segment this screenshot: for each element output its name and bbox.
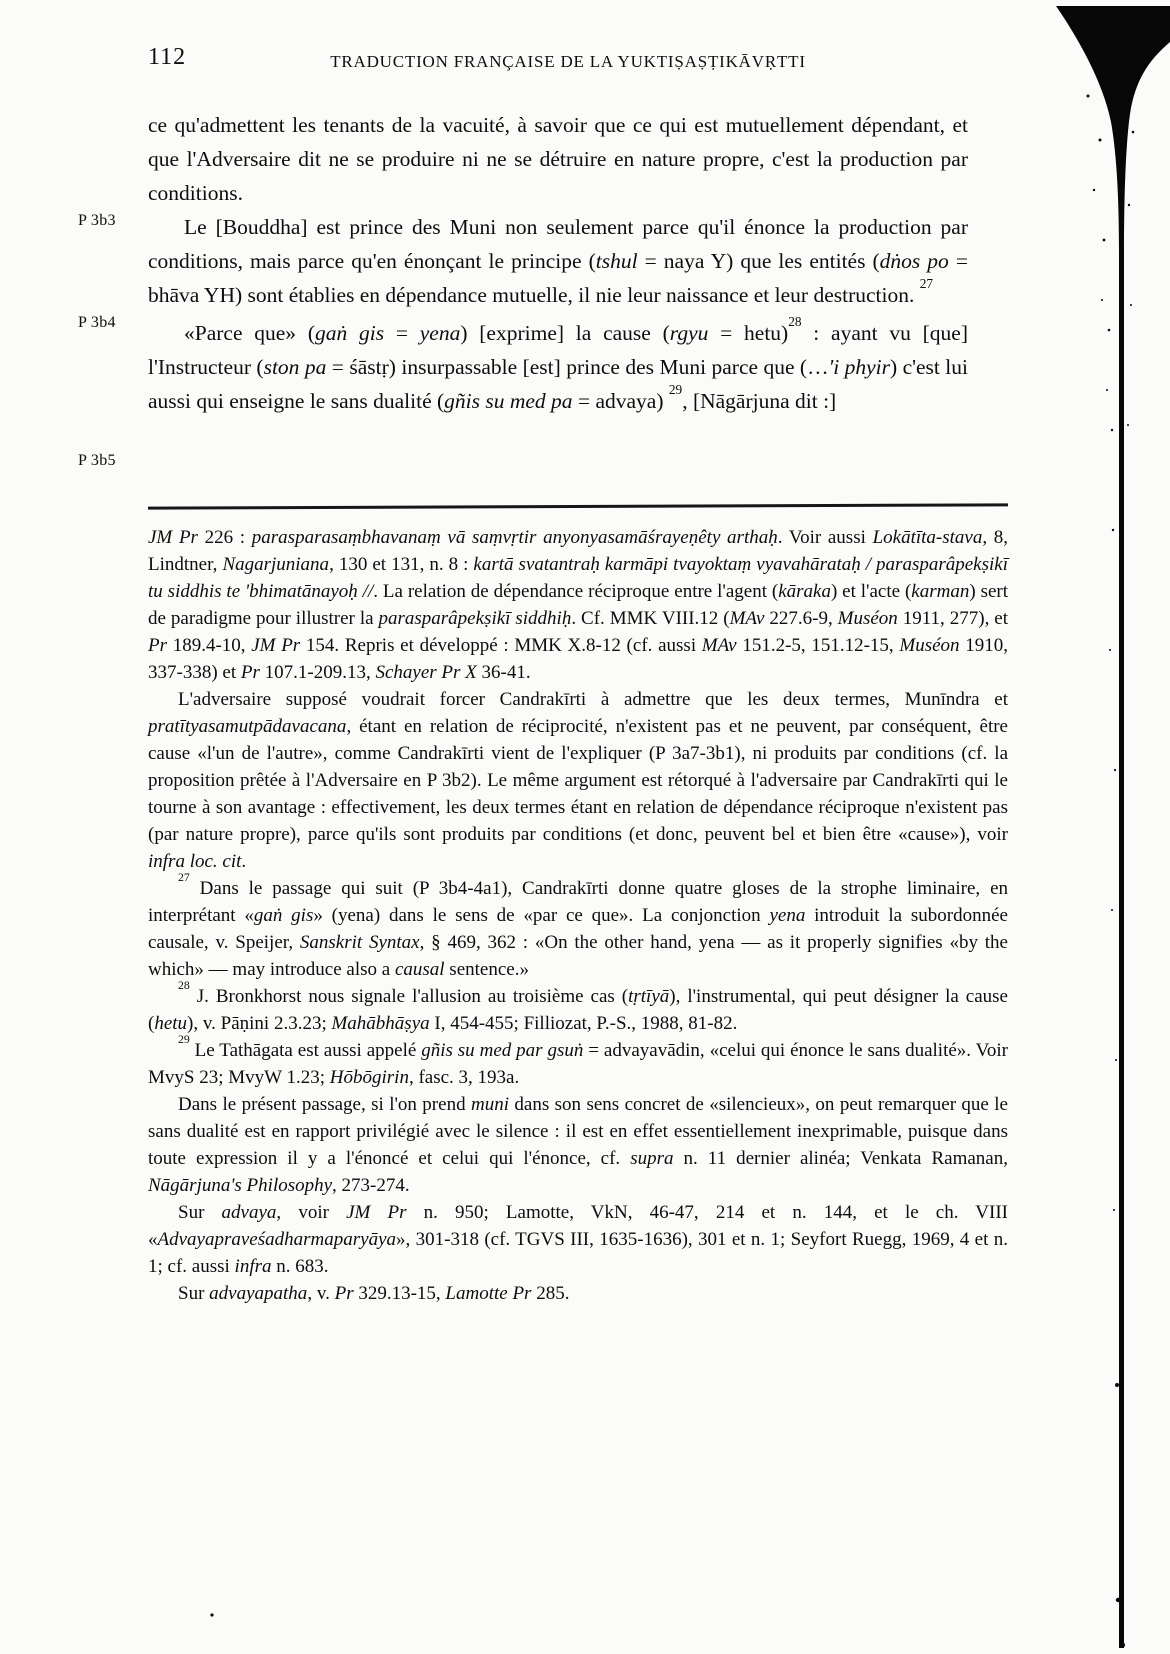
footnote-separator (148, 503, 1008, 509)
footnote-paragraph: JM Pr 226 : parasparasaṃbhavanaṃ vā saṃv… (148, 524, 1008, 686)
footnote-28: 28 J. Bronkhorst nous signale l'allusion… (148, 983, 1008, 1037)
margin-ref-p3b3: P 3b3 (78, 212, 116, 230)
footnote-paragraph: Sur advayapatha, v. Pr 329.13-15, Lamott… (148, 1280, 1008, 1307)
body-paragraph: Le [Bouddha] est prince des Muni non seu… (148, 210, 968, 312)
footnote-paragraph: L'adversaire supposé voudrait forcer Can… (148, 686, 1008, 875)
footnote-paragraph: Sur advaya, voir JM Pr n. 950; Lamotte, … (148, 1199, 1008, 1280)
body-text: ce qu'admettent les tenants de la vacuit… (148, 108, 968, 418)
footnotes: JM Pr 226 : parasparasaṃbhavanaṃ vā saṃv… (148, 524, 1008, 1307)
running-title: TRADUCTION FRANÇAISE DE LA YUKTIṢAṢṬIKĀV… (148, 52, 988, 72)
footnote-27: 27 Dans le passage qui suit (P 3b4-4a1),… (148, 875, 1008, 983)
margin-ref-p3b4: P 3b4 (78, 314, 116, 332)
book-page: 112 TRADUCTION FRANÇAISE DE LA YUKTIṢAṢṬ… (0, 0, 1170, 1654)
footnote-paragraph: Dans le présent passage, si l'on prend m… (148, 1091, 1008, 1199)
footnote-29: 29 Le Tathāgata est aussi appelé gñis su… (148, 1037, 1008, 1091)
margin-ref-p3b5: P 3b5 (78, 452, 116, 470)
body-paragraph: «Parce que» (gaṅ gis = yena) [exprime] l… (148, 316, 968, 418)
body-paragraph: ce qu'admettent les tenants de la vacuit… (148, 108, 968, 210)
